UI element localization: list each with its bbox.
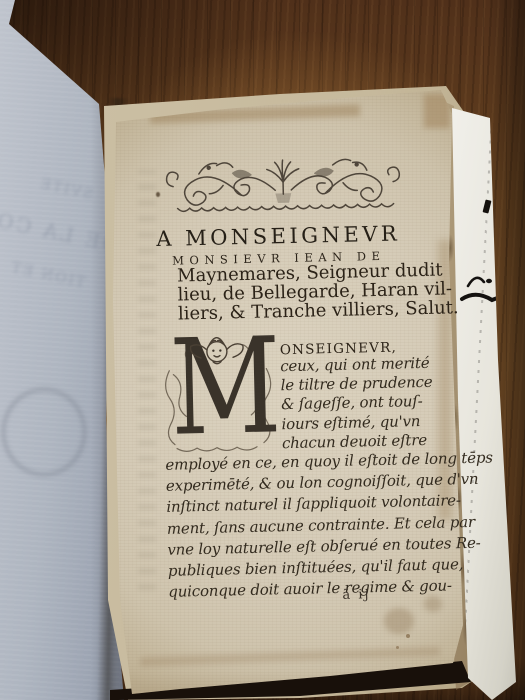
decorated-initial-M: M (159, 338, 279, 457)
signature-mark: ã ij (342, 587, 370, 603)
cherub-face-icon (186, 333, 247, 380)
dedication-heading-line1: A MONSEIGNEVR (148, 221, 408, 251)
paragraph-lines-beside-initial: ceux, qui ont merité le tiltre de pruden… (280, 354, 424, 453)
printed-dedication-page: A MONSEIGNEVR MONSIEVR IEAN DE Maynemare… (0, 0, 525, 700)
paragraph-full-width-lines: employé en ce, en quoy il eſtoit de long… (165, 448, 464, 603)
photo-of-open-antique-book: SVITE DE LA CO TION ET (0, 0, 525, 700)
woodcut-headpiece-ornament (162, 147, 403, 218)
